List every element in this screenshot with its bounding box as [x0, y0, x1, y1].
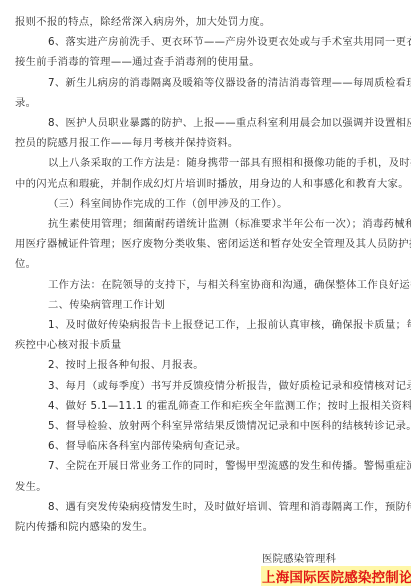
text-line: 7、全院在开展日常业务工作的同时，警惕甲型流感的发生和传播。警惕重症流感病例的: [15, 456, 395, 476]
text-line: 以上八条采取的工作方法是：随身携带一部具有照相和摄像功能的手机，及时扑捉工作: [15, 153, 395, 173]
text-line: 1、及时做好传染病报告卡上报登记工作，上报前认真审核，确保报卡质量；每月一次与: [15, 315, 395, 335]
text-line: 控员的院感月报工作——每月考核并保持资料。: [15, 133, 395, 153]
text-line: 3、每月（或每季度）书写并反馈疫情分析报告，做好质检记录和疫情核对记录。: [15, 376, 395, 396]
text-line: 院内传播和院内感染的发生。: [15, 517, 395, 537]
text-line: 中的闪光点和瑕疵，并制作成幻灯片培训时播放，用身边的人和事感化和教育大家。: [15, 174, 395, 194]
forum-watermark: 上海国际医院感染控制论坛: [261, 566, 411, 586]
text-line: 5、督导检验、放射两个科室异常结果反馈情况记录和中医科的结核转诊记录。: [15, 416, 395, 436]
text-line: 2、按时上报各种旬报、月报表。: [15, 355, 395, 375]
text-line: 接生前手消毒的管理——通过查手消毒剂的使用量。: [15, 52, 395, 72]
text-line: 8、遇有突发传染病疫情发生时，及时做好培训、管理和消毒隔离工作，预防传染病在医: [15, 497, 395, 517]
text-line: 二、传染病管理工作计划: [15, 295, 395, 315]
text-line: 录。: [15, 93, 395, 113]
text-line: 用医疗器械证件管理；医疗废物分类收集、密闭运送和暂存处安全管理及其人员防护措施到: [15, 234, 395, 254]
text-line: 疾控中心核对报卡质量: [15, 335, 395, 355]
text-line: 发生。: [15, 477, 395, 497]
text-line: 抗生素使用管理；细菌耐药谱统计监测（标准要求半年公布一次）；消毒药械和一次性使: [15, 214, 395, 234]
text-line: 7、新生儿病房的消毒隔离及暖箱等仪器设备的清洁消毒管理——每周质检看现场和记: [15, 73, 395, 93]
text-line: 4、做好 5.1—11.1 的霍乱筛查工作和疟疾全年监测工作；按时上报相关资料。: [15, 396, 395, 416]
document-body: 报则不报的特点，除经常深入病房外，加大处罚力度。6、落实进产房前洗手、更衣环节—…: [15, 12, 395, 537]
signature-department: 医院感染管理科: [262, 550, 336, 565]
text-line: 6、督导临床各科室内部传染病旬查记录。: [15, 436, 395, 456]
text-line: 报则不报的特点，除经常深入病房外，加大处罚力度。: [15, 12, 395, 32]
text-line: 工作方法：在院领导的支持下，与相关科室协商和沟通，确保整体工作良好运行。: [15, 275, 395, 295]
text-line: 位。: [15, 254, 395, 274]
text-line: 8、医护人员职业暴露的防护、上报——重点科室利用晨会加以强调并设置相应表格；监: [15, 113, 395, 133]
text-line: 6、落实进产房前洗手、更衣环节——产房外设更衣处或与手术室共用同一更衣、洗手间；: [15, 32, 395, 52]
text-line: （三）科室间协作完成的工作（创甲涉及的工作）。: [15, 194, 395, 214]
